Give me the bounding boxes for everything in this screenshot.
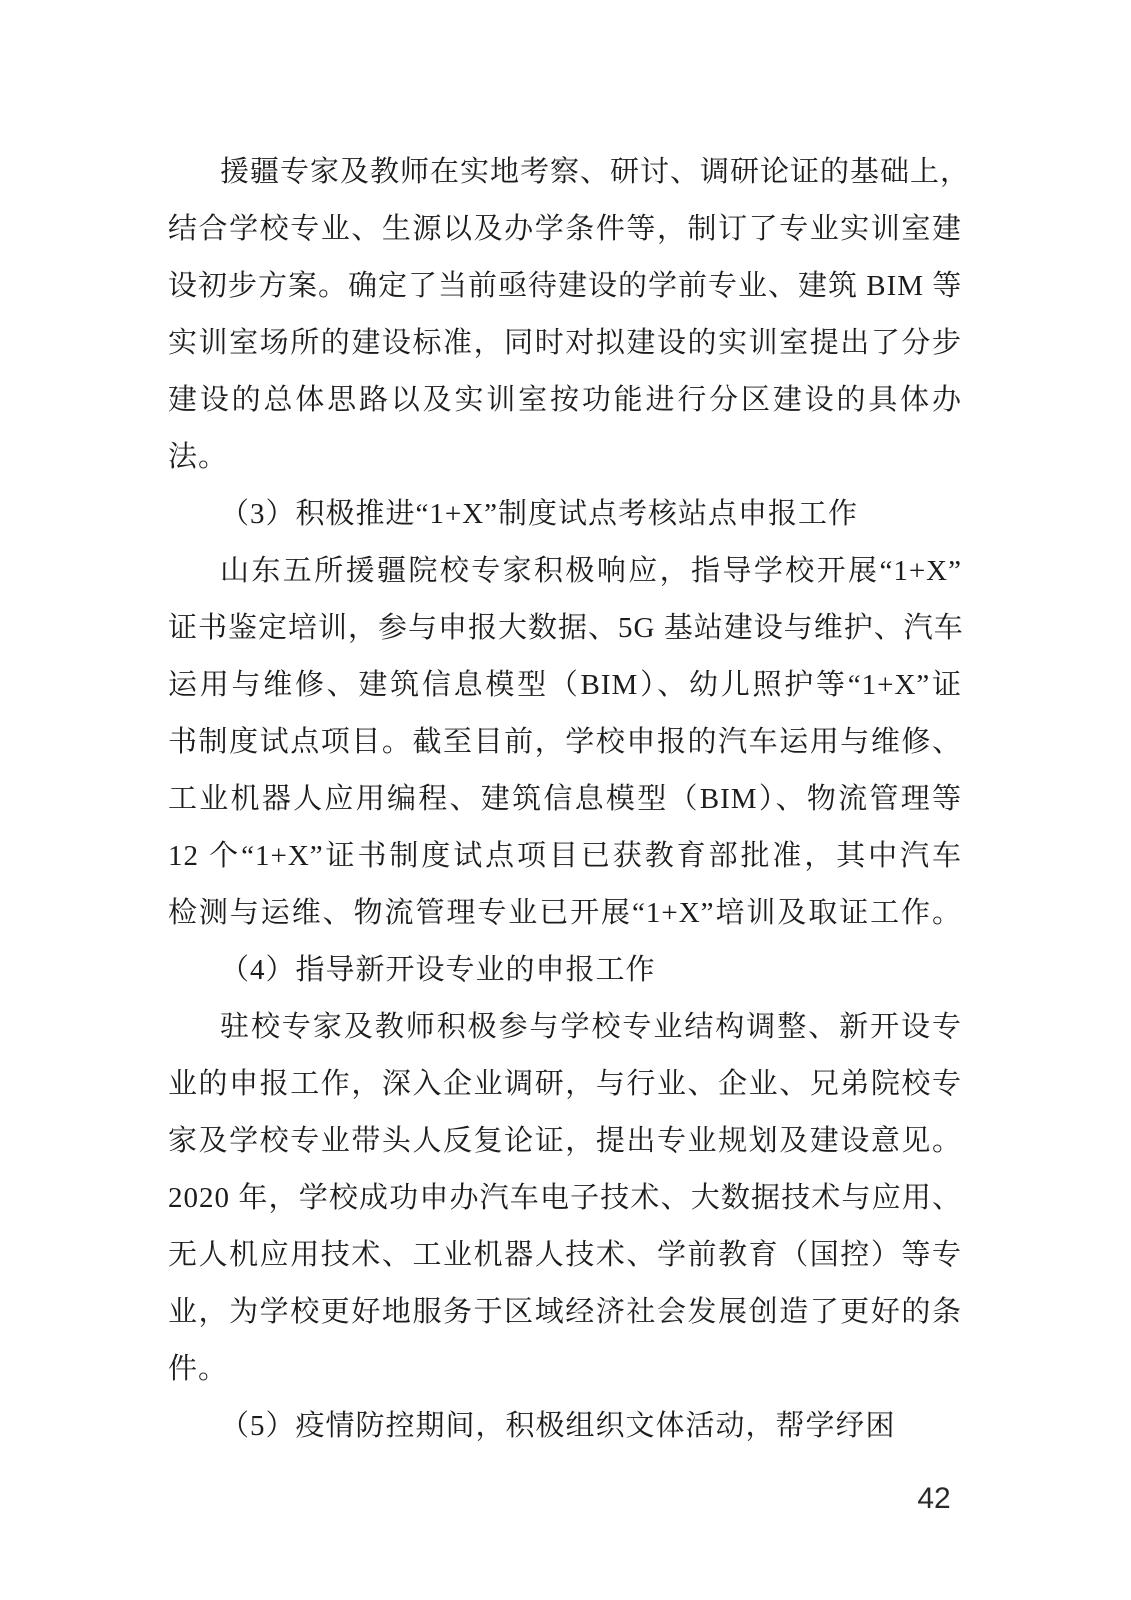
- body-text-line: 援疆专家及教师在实地考察、研讨、调研论证的基础上，: [168, 144, 962, 201]
- body-text-line: 结合学校专业、生源以及办学条件等，制订了专业实训室建: [168, 201, 962, 258]
- body-text-line: 12 个“1+X”证书制度试点项目已获教育部批准，其中汽车: [168, 828, 962, 885]
- body-text-line: 驻校专家及教师积极参与学校专业结构调整、新开设专: [168, 999, 962, 1056]
- body-text-line: 证书鉴定培训，参与申报大数据、5G 基站建设与维护、汽车: [168, 600, 962, 657]
- body-text-line: 书制度试点项目。截至目前，学校申报的汽车运用与维修、: [168, 714, 962, 771]
- page-number: 42: [898, 1480, 970, 1518]
- body-text-line: 工业机器人应用编程、建筑信息模型（BIM）、物流管理等: [168, 771, 962, 828]
- body-text-line: 法。: [168, 429, 962, 486]
- body-text-line: 建设的总体思路以及实训室按功能进行分区建设的具体办: [168, 372, 962, 429]
- body-text-line: 运用与维修、建筑信息模型（BIM）、幼儿照护等“1+X”证: [168, 657, 962, 714]
- body-text-line: 2020 年，学校成功申办汽车电子技术、大数据技术与应用、: [168, 1170, 962, 1227]
- body-text-line: 检测与运维、物流管理专业已开展“1+X”培训及取证工作。: [168, 885, 962, 942]
- body-text-line: 家及学校专业带头人反复论证，提出专业规划及建设意见。: [168, 1113, 962, 1170]
- body-text-line: 业，为学校更好地服务于区域经济社会发展创造了更好的条: [168, 1284, 962, 1341]
- document-page: 援疆专家及教师在实地考察、研讨、调研论证的基础上， 结合学校专业、生源以及办学条…: [0, 0, 1131, 1600]
- text-block: 援疆专家及教师在实地考察、研讨、调研论证的基础上， 结合学校专业、生源以及办学条…: [168, 144, 962, 1455]
- section-heading: （4）指导新开设专业的申报工作: [168, 942, 962, 999]
- body-text-line: 设初步方案。确定了当前亟待建设的学前专业、建筑 BIM 等: [168, 258, 962, 315]
- section-heading: （5）疫情防控期间，积极组织文体活动，帮学纾困: [168, 1398, 962, 1455]
- section-heading: （3）积极推进“1+X”制度试点考核站点申报工作: [168, 486, 962, 543]
- body-text-line: 实训室场所的建设标准，同时对拟建设的实训室提出了分步: [168, 315, 962, 372]
- body-text-line: 无人机应用技术、工业机器人技术、学前教育（国控）等专: [168, 1227, 962, 1284]
- body-text-line: 山东五所援疆院校专家积极响应，指导学校开展“1+X”: [168, 543, 962, 600]
- body-text-line: 件。: [168, 1341, 962, 1398]
- body-text-line: 业的申报工作，深入企业调研，与行业、企业、兄弟院校专: [168, 1056, 962, 1113]
